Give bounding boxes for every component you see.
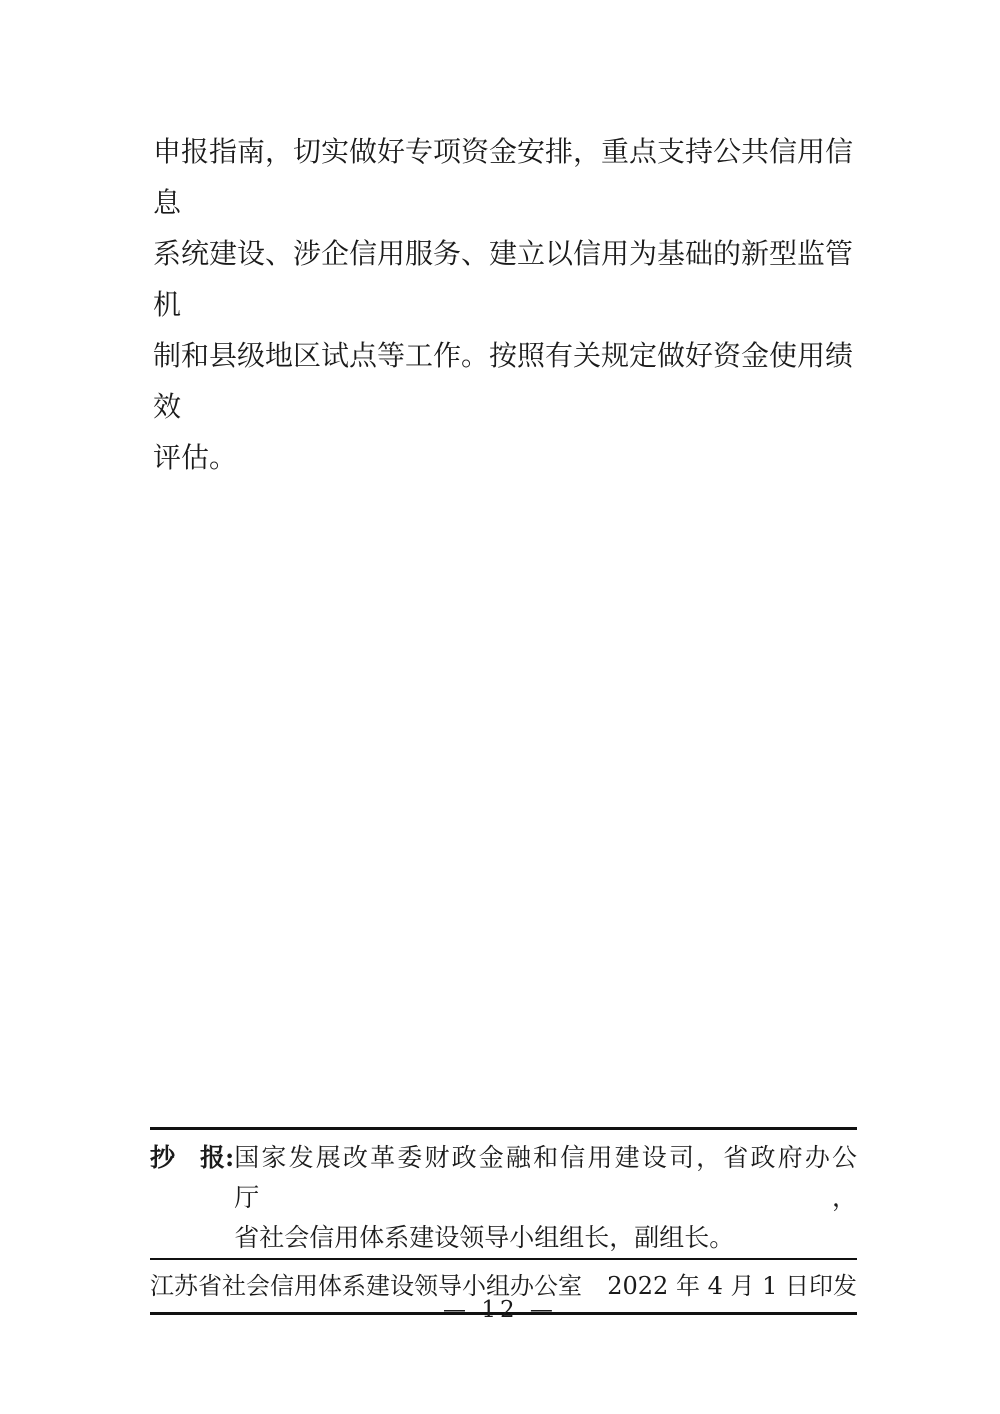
copy-note-content: 国家发展改革委财政金融和信用建设司，省政府办公厅， 省社会信用体系建设领导小组组… [234,1138,857,1258]
body-paragraph-line: 制和县级地区试点等工作。按照有关规定做好资金使用绩效 [153,330,853,432]
page-number: — 12 — [0,1297,1000,1323]
copy-note-line: 省社会信用体系建设领导小组组长，副组长。 [234,1218,857,1258]
body-paragraph-line: 系统建设、涉企信用服务、建立以信用为基础的新型监管机 [153,228,853,330]
copy-note-label: 抄 报: [150,1138,234,1178]
copy-note: 抄 报: 国家发展改革委财政金融和信用建设司，省政府办公厅， 省社会信用体系建设… [150,1130,857,1258]
document-footer: 抄 报: 国家发展改革委财政金融和信用建设司，省政府办公厅， 省社会信用体系建设… [150,1127,857,1315]
body-paragraph-line: 评估。 [153,432,853,483]
body-paragraph-line: 申报指南，切实做好专项资金安排，重点支持公共信用信息 [153,126,853,228]
copy-note-line: 国家发展改革委财政金融和信用建设司，省政府办公厅， [234,1138,857,1218]
body-paragraph: 申报指南，切实做好专项资金安排，重点支持公共信用信息 系统建设、涉企信用服务、建… [153,126,853,483]
copy-note-label-colon: : [225,1143,234,1172]
document-page: 申报指南，切实做好专项资金安排，重点支持公共信用信息 系统建设、涉企信用服务、建… [0,0,1000,1414]
copy-note-label-text: 抄 报 [150,1143,225,1172]
